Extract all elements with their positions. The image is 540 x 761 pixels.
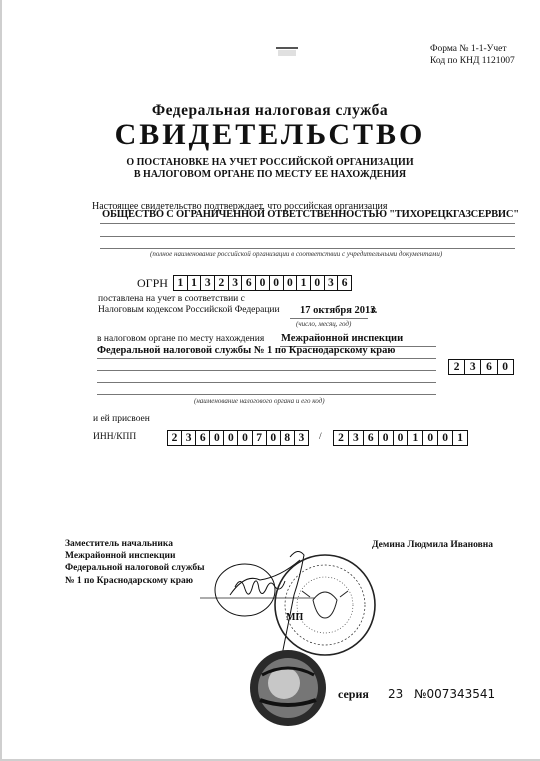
ogrn-label: ОГРН — [137, 276, 168, 291]
date-line — [290, 318, 368, 319]
official-seal-icon — [275, 555, 375, 655]
digit-cell: 0 — [393, 431, 408, 445]
digit-cell: 0 — [378, 431, 393, 445]
digit-cell: 0 — [209, 431, 223, 445]
digit-cell: 0 — [422, 431, 437, 445]
digit-cell: 0 — [266, 431, 280, 445]
form-meta: Форма № 1-1-Учет Код по КНД 1121007 — [430, 43, 515, 67]
document-subtitle: О ПОСТАНОВКЕ НА УЧЕТ РОССИЙСКОЙ ОРГАНИЗА… — [0, 157, 540, 181]
digit-cell: 6 — [363, 431, 378, 445]
hologram-seal-icon — [250, 650, 326, 726]
signature-and-seal — [200, 545, 420, 745]
series-number: 23 — [388, 687, 403, 701]
digit-cell: 3 — [181, 431, 195, 445]
digit-cell: 3 — [200, 276, 214, 290]
digit-cell: 2 — [168, 431, 181, 445]
field-line — [100, 236, 515, 237]
inn-value: 2360007083 — [167, 430, 309, 446]
digit-cell: 0 — [283, 276, 297, 290]
registration-line1: поставлена на учет в соответствии с — [98, 294, 245, 304]
digit-cell: 2 — [334, 431, 348, 445]
organization-caption: (полное наименование российской организа… — [150, 250, 442, 258]
digit-cell: 0 — [437, 431, 452, 445]
form-number: Форма № 1-1-Учет — [430, 43, 515, 55]
digit-cell: 0 — [223, 431, 237, 445]
digit-cell: 2 — [449, 360, 464, 374]
registration-date: 17 октября 2013 — [300, 305, 376, 316]
tax-office-caption: (наименование налогового органа и его ко… — [194, 397, 325, 405]
tax-office-intro: в налоговом органе по месту нахождения — [97, 334, 264, 344]
assignment-label: и ей присвоен — [93, 414, 150, 424]
digit-cell: 1 — [187, 276, 201, 290]
digit-cell: 6 — [195, 431, 209, 445]
tax-office-code: 2360 — [448, 359, 514, 375]
signer-position: Заместитель начальника Межрайонной инспе… — [65, 538, 205, 587]
knd-code: Код по КНД 1121007 — [430, 55, 515, 67]
digit-cell: 0 — [310, 276, 324, 290]
digit-cell: 3 — [324, 276, 338, 290]
registration-date-suffix: г. — [371, 305, 377, 316]
digit-cell: 2 — [214, 276, 228, 290]
digit-cell: 3 — [228, 276, 242, 290]
signature-icon — [215, 551, 304, 655]
digit-cell: 0 — [237, 431, 251, 445]
organization-name: ОБЩЕСТВО С ОГРАНИЧЕННОЙ ОТВЕТСТВЕННОСТЬЮ… — [102, 209, 519, 220]
ogrn-value: 1132360001036 — [173, 275, 352, 291]
digit-cell: 1 — [296, 276, 310, 290]
digit-cell: 3 — [294, 431, 308, 445]
tax-office-name-part2: Федеральной налоговой службы № 1 по Крас… — [97, 345, 395, 356]
digit-cell: 1 — [174, 276, 187, 290]
scan-smudge — [270, 42, 320, 67]
digit-cell: 7 — [252, 431, 266, 445]
digit-cell: 0 — [255, 276, 269, 290]
digit-cell: 1 — [407, 431, 422, 445]
digit-cell: 3 — [464, 360, 480, 374]
registration-line2: Налоговым кодексом Российской Федерации — [98, 305, 280, 315]
stamp-label: МП — [286, 612, 303, 623]
field-line — [97, 382, 436, 383]
digit-cell: 6 — [480, 360, 496, 374]
field-line — [100, 248, 515, 249]
field-line — [97, 358, 436, 359]
digit-cell: 3 — [348, 431, 363, 445]
digit-cell: 6 — [241, 276, 255, 290]
digit-cell: 0 — [269, 276, 283, 290]
digit-cell: 0 — [497, 360, 513, 374]
inn-kpp-label: ИНН/КПП — [93, 432, 136, 442]
date-caption: (число, месяц, год) — [296, 320, 351, 328]
field-line — [100, 223, 515, 224]
digit-cell: 6 — [337, 276, 351, 290]
kpp-value: 236001001 — [333, 430, 468, 446]
document-title: СВИДЕТЕЛЬСТВО — [0, 118, 540, 152]
certificate-number: №007343541 — [414, 687, 495, 701]
tax-office-name-part1: Межрайонной инспекции — [281, 333, 403, 344]
series-label: серия — [338, 687, 369, 702]
field-line — [97, 394, 436, 395]
field-line — [97, 370, 436, 371]
inn-kpp-separator: / — [319, 432, 322, 442]
digit-cell: 1 — [452, 431, 467, 445]
digit-cell: 8 — [280, 431, 294, 445]
